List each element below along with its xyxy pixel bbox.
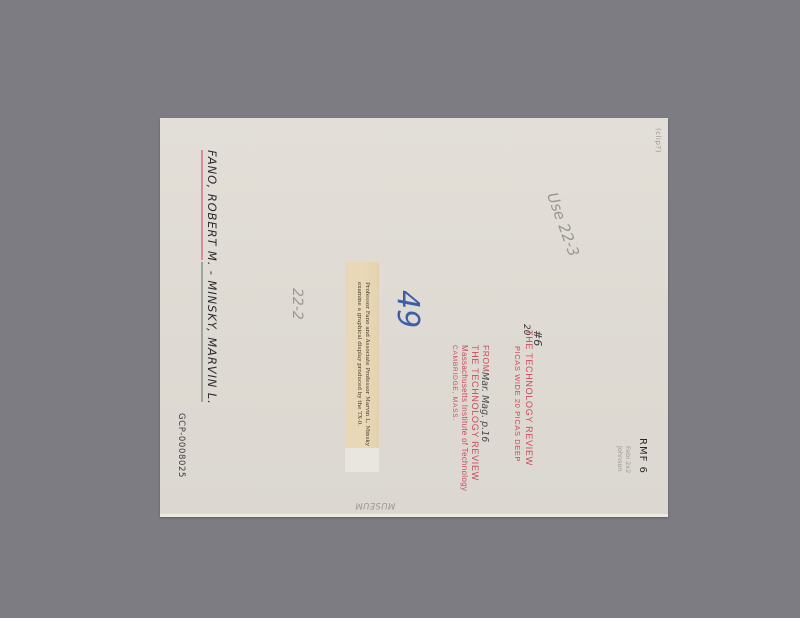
- red-margin-line: [201, 150, 203, 260]
- stamp-publication: THE TECHNOLOGY REVIEW: [470, 345, 480, 481]
- stamp-institution: Massachusetts Institute of Technology: [460, 345, 469, 491]
- pencil-top-right-note: (clip?): [654, 128, 662, 153]
- handwritten-subject-names: FANO, ROBERT M. - MINSKY, MARVIN L.: [205, 150, 219, 405]
- bottom-pencil-note: MUSEUM: [355, 500, 395, 510]
- catalog-number: GCP-0008025: [176, 413, 186, 478]
- archive-code: RMF 6: [637, 438, 648, 474]
- blue-handwritten-number: 49: [390, 290, 425, 328]
- caption-text: Professor Fano and Associate Professor M…: [355, 282, 371, 446]
- stamp-city: CAMBRIDGE, MASS.: [451, 345, 458, 421]
- archive-pencil-notes: Fabi 2x2 Johnson: [616, 446, 632, 473]
- stamp-picas-line: PICAS WIDE 20 PICAS DEEP: [513, 346, 522, 462]
- handwritten-source-note: Mar. Mag. p.16: [479, 372, 490, 442]
- stamp-from-label: FROM: [481, 345, 491, 372]
- green-margin-line: [201, 262, 203, 402]
- caption-slip-tape: [345, 448, 379, 472]
- stamp-technology-review-top: THE TECHNOLOGY REVIEW: [524, 330, 534, 466]
- pencil-crop-mark-left: 22-2: [289, 288, 305, 320]
